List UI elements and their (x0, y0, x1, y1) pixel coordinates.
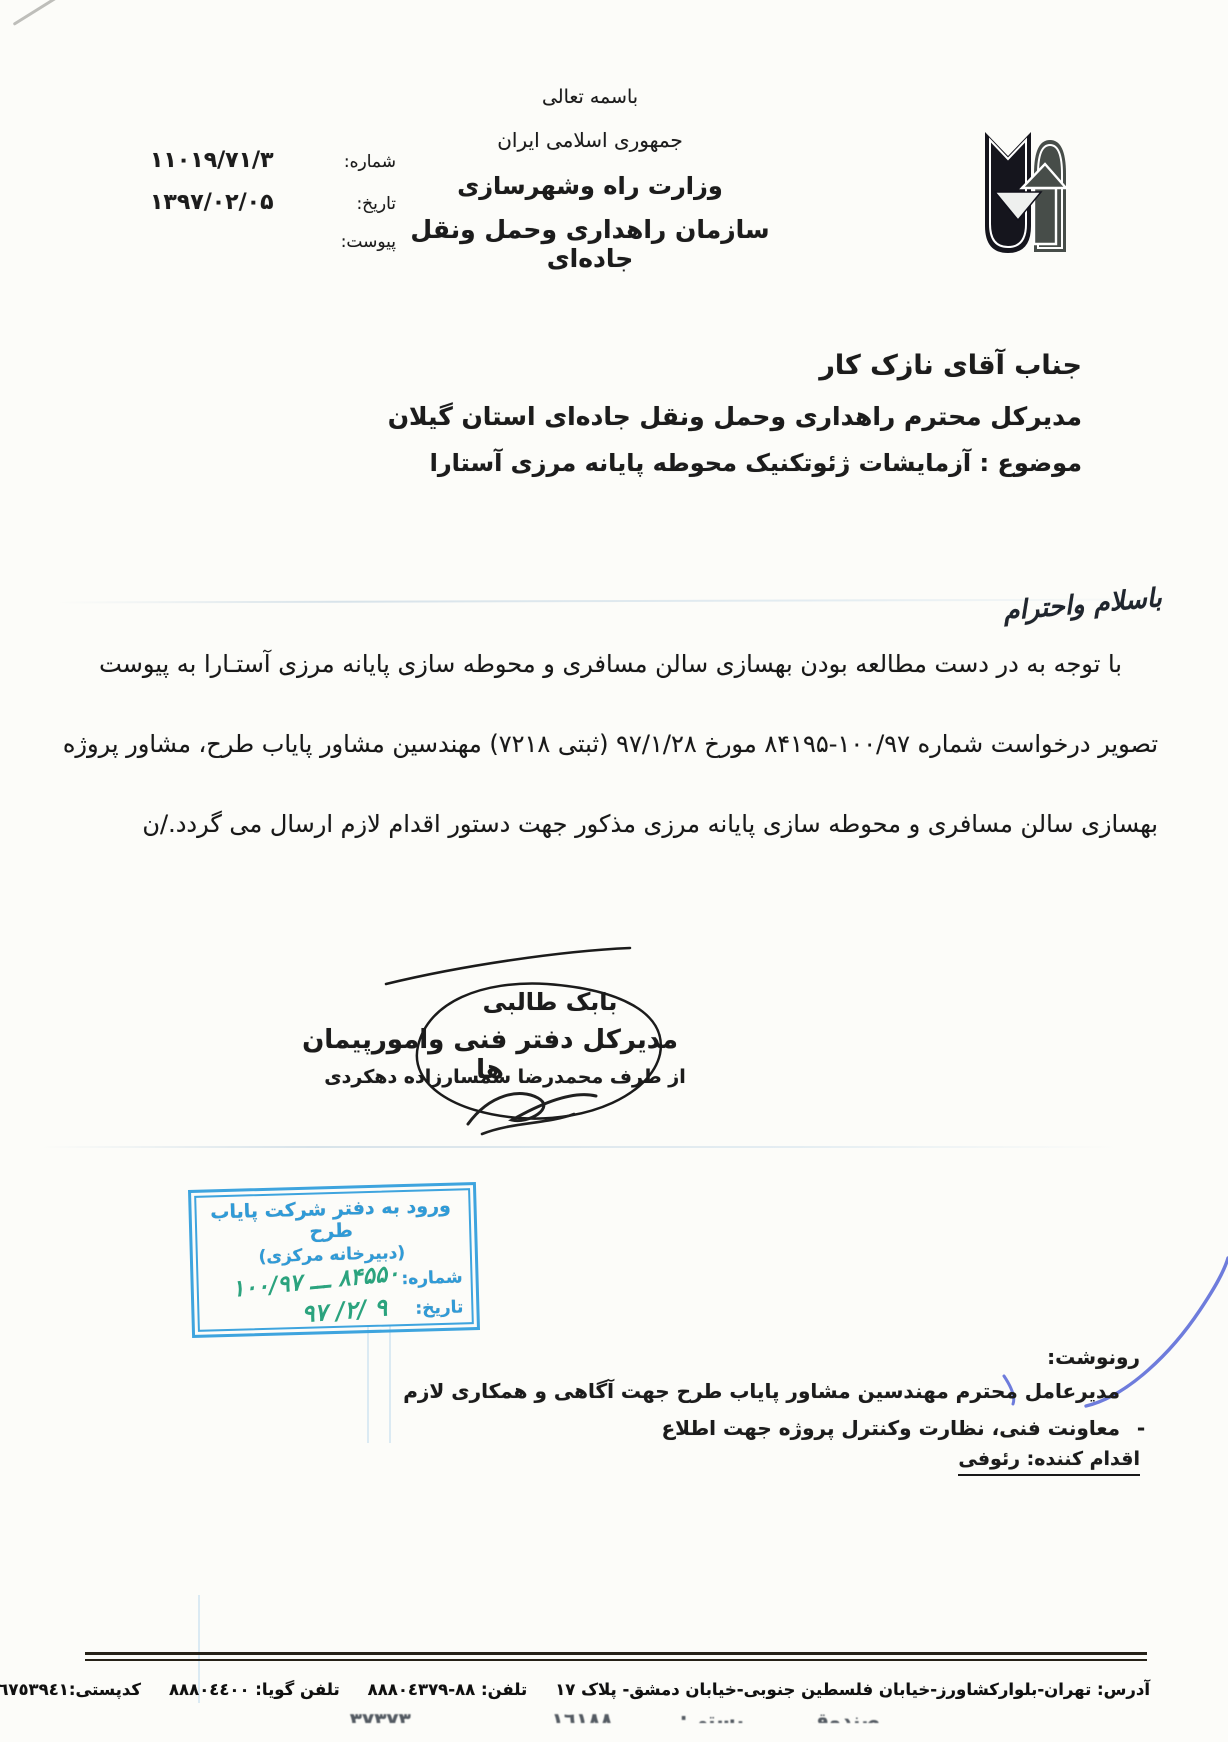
company-entry-stamp: ورود به دفتر شرکت پایاب طرح (دبیرخانه مر… (188, 1182, 480, 1338)
stamp-date-label: تاریخ: (415, 1297, 464, 1318)
signature-on-behalf: از طرف محمدرضا سمسارزاده دهکردی (320, 1066, 690, 1088)
cc-list: مدیرعامل محترم مهندسین مشاور پایاب طرح ج… (403, 1379, 1148, 1453)
footer-phone: تلفن: ٨٨-٨٨٨٠٤٣٧٩ (368, 1680, 528, 1699)
fold-line-lower (40, 1146, 1120, 1148)
signature-overline-stroke (386, 948, 630, 984)
body-line-3: بهسازی سالن مسافری و محوطه سازی پایانه م… (142, 810, 1158, 838)
footer-address: آدرس: تهران-بلوارکشاورز-خیابان فلسطین جن… (555, 1680, 1150, 1699)
stamp-date-handwritten: ۹۷ /۲/ ۹ (301, 1292, 389, 1328)
organization-name: سازمان راهداری وحمل ونقل جاده‌ای (400, 215, 780, 273)
letter-date-label: تاریخ: (356, 194, 396, 214)
subject-line: موضوع : آزمایشات ژئوتکنیک محوطه پایانه م… (388, 449, 1082, 477)
bismillah-text: باسمه تعالی (400, 86, 780, 108)
letter-attachment-label: پیوست: (341, 232, 396, 252)
cc-item-text: معاونت فنی، نظارت وکنترل پروژه جهت اطلاع (662, 1416, 1121, 1440)
letterhead: باسمه تعالی جمهوری اسلامی ایران وزارت را… (400, 86, 780, 273)
letter-date-row: تاریخ: ۱۳۹۷/۰۲/۰۵ (150, 190, 396, 215)
stamp-number-label: شماره: (401, 1267, 463, 1289)
footer-contact-line: آدرس: تهران-بلوارکشاورز-خیابان فلسطین جن… (0, 1680, 1150, 1699)
scanned-letter-page: باسمه تعالی جمهوری اسلامی ایران وزارت را… (0, 0, 1228, 1742)
recipient-block: جناب آقای نازک کار مدیرکل محترم راهداری … (388, 350, 1082, 477)
action-by-line: اقدام کننده: رئوفی (958, 1448, 1140, 1476)
cc-label: رونوشت: (1047, 1345, 1140, 1369)
ministry-name: وزارت راه وشهرسازی (400, 172, 780, 200)
letter-attachment-row: پیوست: (150, 232, 396, 252)
stamp-inner-border: ورود به دفتر شرکت پایاب طرح (دبیرخانه مر… (194, 1188, 474, 1332)
cc-item-bullet (1134, 1379, 1148, 1403)
signature-scribble (482, 1114, 574, 1134)
recipient-name: جناب آقای نازک کار (388, 350, 1082, 381)
footer-divider (85, 1652, 1147, 1661)
salutation-text: باسلام واحترام (1002, 583, 1163, 627)
stamp-title: ورود به دفتر شرکت پایاب طرح (200, 1194, 461, 1245)
cc-item-text: مدیرعامل محترم مهندسین مشاور پایاب طرح ج… (403, 1379, 1120, 1403)
rmto-organization-logo (980, 126, 1068, 256)
recipient-title: مدیرکل محترم راهداری وحمل ونقل جاده‌ای ا… (388, 402, 1082, 431)
cc-item: مدیرعامل محترم مهندسین مشاور پایاب طرح ج… (403, 1379, 1148, 1403)
body-line-2: تصویر درخواست شماره ۱۰۰/۹۷-۸۴۱۹۵ مورخ ۹۷… (63, 730, 1158, 758)
country-name: جمهوری اسلامی ایران (400, 128, 780, 152)
footer-cutoff-line: صندوق پستی: ١٦١٨٨ ـ ٣٧٣٧٣ (150, 1708, 1080, 1723)
signatory-name: بابک طالبی (420, 988, 680, 1016)
footer-voice-phone: تلفن گویا: ٨٨٨٠٤٤٠٠ (169, 1680, 340, 1699)
letter-number-value: ۱۱۰۱۹/۷۱/۳ (150, 148, 274, 173)
letter-number-row: شماره: ۱۱۰۱۹/۷۱/۳ (150, 148, 396, 173)
signature-scribble (468, 1094, 596, 1124)
scan-line-artifact (367, 1325, 369, 1443)
scan-corner-streak (13, 0, 76, 26)
footer-postal-code: کدپستی:١٤١٦٧٥٣٩٤١ (0, 1680, 141, 1699)
letter-date-value: ۱۳۹۷/۰۲/۰۵ (150, 190, 274, 215)
body-line-1: با توجه به در دست مطالعه بودن بهسازی سال… (99, 650, 1122, 678)
scan-line-artifact (389, 1325, 391, 1443)
cc-item: - معاونت فنی، نظارت وکنترل پروژه جهت اطل… (403, 1416, 1148, 1440)
cc-item-bullet: - (1134, 1416, 1148, 1440)
letter-number-label: شماره: (344, 152, 396, 172)
letter-meta: شماره: ۱۱۰۱۹/۷۱/۳ تاریخ: ۱۳۹۷/۰۲/۰۵ پیوس… (150, 148, 396, 269)
